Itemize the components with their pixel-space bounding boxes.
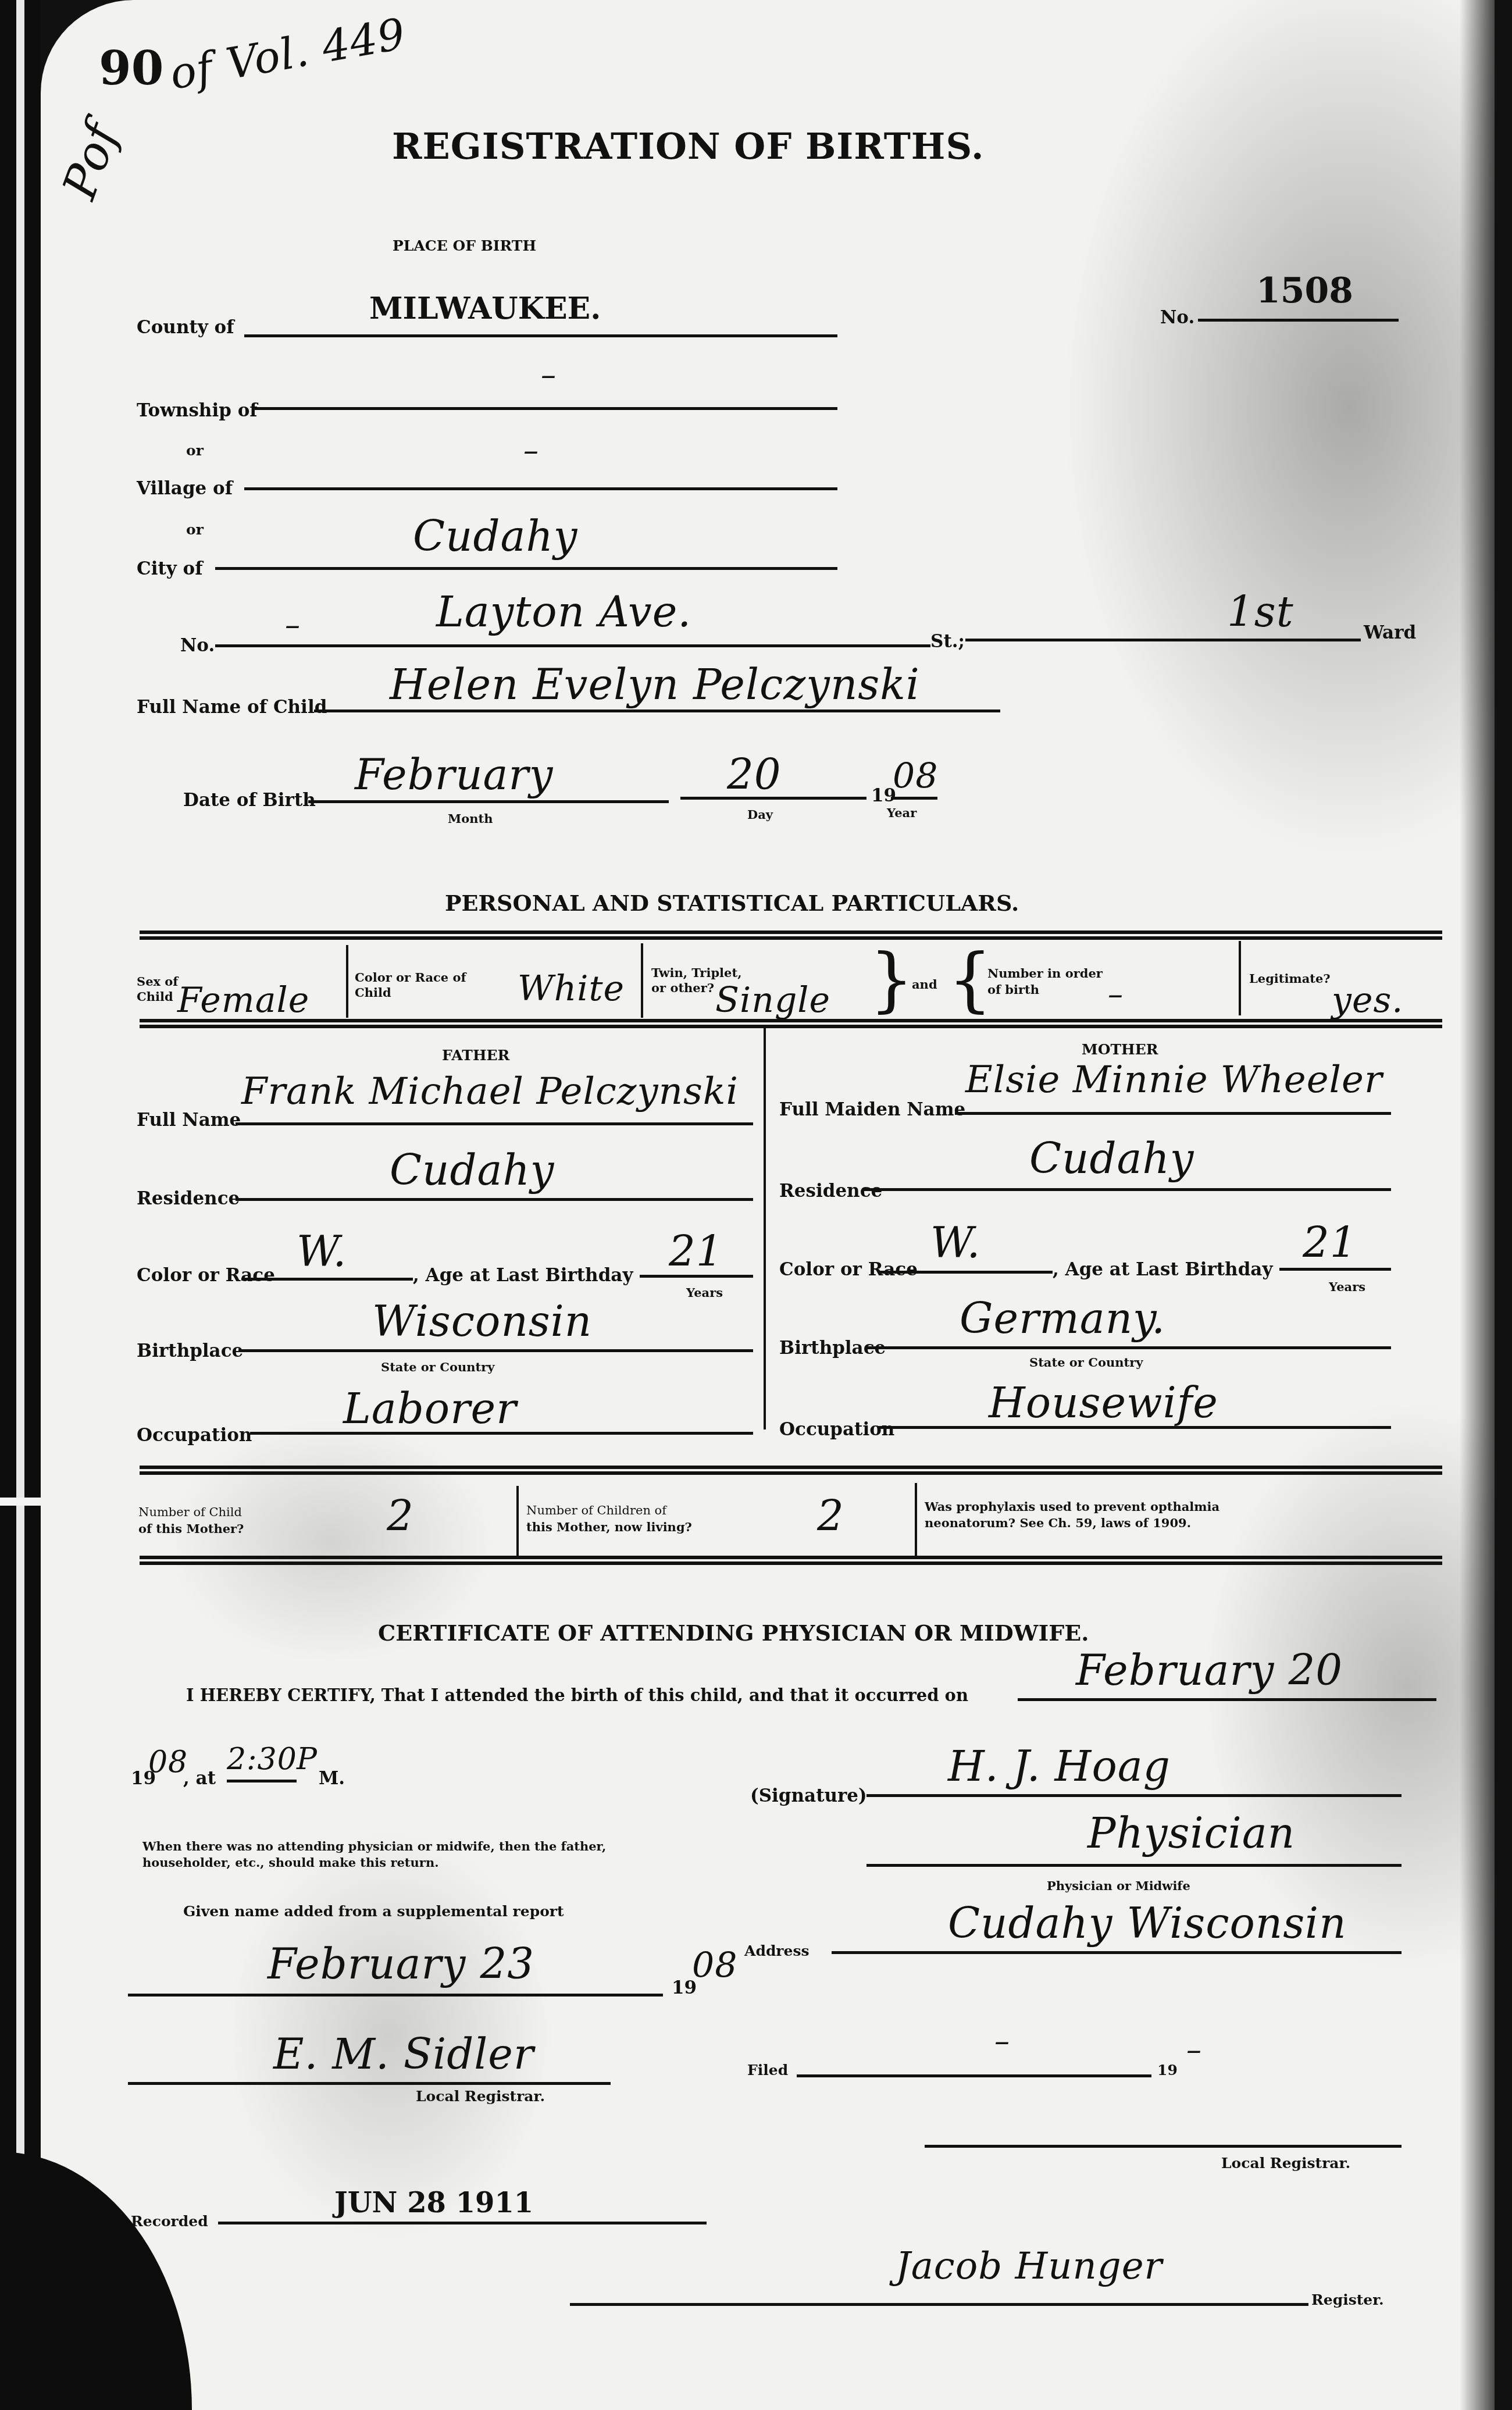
mother-name-value: Elsie Minnie Wheeler	[965, 1058, 1383, 1101]
mother-name-label: Full Maiden Name	[779, 1099, 965, 1120]
day-caption: Day	[747, 807, 773, 822]
township-label: Township of	[137, 400, 258, 421]
city-label: City of	[137, 558, 203, 579]
mother-race-label: Color or Race	[779, 1259, 918, 1280]
city-value: Cudahy	[413, 512, 578, 561]
filed-registrar-caption: Local Registrar.	[1221, 2155, 1350, 2172]
mother-age-label: , Age at Last Birthday	[1053, 1259, 1272, 1280]
dob-month: February	[355, 750, 554, 799]
cert-meridiem-value: P	[297, 1742, 318, 1777]
ward-label: Ward	[1364, 622, 1416, 643]
register-signature: Jacob Hunger	[896, 2245, 1162, 2288]
legitimate-value: yes.	[1332, 980, 1403, 1021]
father-residence-label: Residence	[137, 1188, 240, 1209]
child-number-label: Number of Child	[138, 1505, 242, 1519]
recorded-stamp: JUN 28 1911	[334, 2187, 533, 2219]
father-name-value: Frank Michael Pelczynski	[241, 1070, 739, 1113]
children-living-label-2: this Mother, now living?	[526, 1520, 692, 1534]
month-caption: Month	[448, 811, 493, 826]
prophylaxis-label-2: neonatorum? See Ch. 59, laws of 1909.	[925, 1516, 1191, 1530]
margin-note: Pof	[52, 116, 129, 206]
mother-years-caption: Years	[1329, 1279, 1365, 1294]
father-occupation-value: Laborer	[343, 1384, 517, 1433]
filed-year-suffix: –	[1186, 2033, 1202, 2067]
dob-year-suffix: 08	[893, 756, 938, 797]
father-birthplace-value: Wisconsin	[372, 1297, 592, 1346]
physician-signature: H. J. Hoag	[948, 1742, 1171, 1791]
ward-value: 1st	[1227, 587, 1294, 636]
race-value: White	[518, 968, 625, 1009]
certify-text: I HEREBY CERTIFY, That I attended the bi…	[186, 1685, 968, 1705]
father-race-label: Color or Race	[137, 1265, 275, 1286]
prophylaxis-label: Was prophylaxis used to prevent opthalmi…	[925, 1499, 1219, 1514]
page-ref: 90	[99, 41, 163, 95]
dob-day: 20	[727, 750, 782, 799]
order-label: Number in order of birth	[987, 965, 1104, 998]
father-birthplace-label: Birthplace	[137, 1341, 243, 1361]
certificate-heading: CERTIFICATE OF ATTENDING PHYSICIAN OR MI…	[378, 1620, 1089, 1646]
father-name-label: Full Name	[137, 1110, 241, 1131]
twin-value: Single	[715, 980, 830, 1021]
occurred-on-value: February 20	[1076, 1646, 1343, 1695]
street-number-label: No.	[180, 635, 215, 656]
father-residence-value: Cudahy	[390, 1146, 555, 1195]
mother-residence-value: Cudahy	[1029, 1134, 1194, 1183]
children-living-label: Number of Children of	[526, 1503, 666, 1517]
brace-left: {	[948, 945, 992, 1015]
no-physician-note: When there was no attending physician or…	[142, 1839, 606, 1853]
village-value: –	[523, 433, 539, 468]
township-value: –	[541, 358, 557, 393]
father-race-value: W.	[297, 1227, 347, 1276]
mother-state-caption: State or Country	[1029, 1355, 1143, 1370]
birth-registration-page: 90 of Vol. 449 Pof REGISTRATION OF BIRTH…	[41, 0, 1495, 2410]
year-caption: Year	[887, 805, 917, 820]
no-physician-note-2: householder, etc., should make this retu…	[142, 1855, 438, 1870]
father-heading: FATHER	[442, 1047, 509, 1064]
local-registrar-signature: E. M. Sidler	[273, 2030, 534, 2079]
mother-occupation-label: Occupation	[779, 1419, 894, 1440]
cert-year-suffix: 08	[148, 1745, 188, 1780]
physician-title-caption: Physician or Midwife	[1047, 1878, 1190, 1893]
county-value: MILWAUKEE.	[369, 291, 601, 326]
document-title: REGISTRATION OF BIRTHS.	[392, 125, 985, 167]
child-number-label-2: of this Mother?	[138, 1521, 244, 1536]
father-occupation-label: Occupation	[137, 1425, 252, 1446]
physician-title-value: Physician	[1087, 1809, 1295, 1858]
signature-label: (Signature)	[750, 1785, 867, 1806]
address-value: Cudahy Wisconsin	[948, 1899, 1347, 1948]
sex-value: Female	[177, 980, 309, 1021]
village-label: Village of	[137, 478, 233, 499]
dob-label: Date of Birth	[183, 790, 316, 811]
registration-number: 1508	[1256, 270, 1353, 311]
or-label: or	[186, 442, 204, 459]
vol-ref: of Vol. 449	[166, 9, 409, 99]
local-registrar-caption: Local Registrar.	[416, 2088, 545, 2105]
filed-value: –	[994, 2024, 1010, 2059]
mother-occupation-value: Housewife	[989, 1378, 1218, 1427]
recorded-label: Recorded	[131, 2213, 208, 2230]
race-label: Color or Race of Child	[355, 970, 471, 1000]
scan-edge	[0, 0, 41, 2410]
father-age-label: , Age at Last Birthday	[413, 1265, 633, 1286]
mother-birthplace-value: Germany.	[960, 1294, 1165, 1343]
particulars-heading: PERSONAL AND STATISTICAL PARTICULARS.	[445, 890, 1019, 916]
child-name-label: Full Name of Child	[137, 697, 327, 718]
cert-at-label: , at	[183, 1768, 216, 1789]
legitimate-label: Legitimate?	[1249, 971, 1331, 986]
cert-meridiem-suffix: M.	[319, 1768, 345, 1789]
order-value: –	[1108, 977, 1124, 1012]
mother-heading: MOTHER	[1082, 1041, 1158, 1058]
mother-race-value: W.	[930, 1218, 980, 1267]
supplemental-heading: Given name added from a supplemental rep…	[183, 1903, 564, 1920]
address-label: Address	[744, 1942, 810, 1959]
supplemental-date: February 23	[268, 1940, 534, 1988]
father-state-caption: State or Country	[381, 1360, 494, 1374]
filed-label: Filed	[747, 2062, 788, 2079]
children-living-value: 2	[817, 1492, 844, 1541]
county-label: County of	[137, 317, 234, 338]
and-label: and	[912, 977, 937, 992]
place-of-birth-heading: PLACE OF BIRTH	[393, 237, 536, 254]
child-name-value: Helen Evelyn Pelczynski	[390, 660, 920, 709]
number-label: No.	[1160, 307, 1194, 328]
filed-year-prefix: 19	[1157, 2062, 1178, 2079]
father-age-value: 21	[669, 1227, 723, 1276]
father-years-caption: Years	[686, 1285, 723, 1300]
street-value: Layton Ave.	[436, 587, 691, 636]
mother-residence-label: Residence	[779, 1181, 882, 1202]
child-number-value: 2	[387, 1492, 414, 1541]
register-caption: Register.	[1311, 2291, 1384, 2308]
mother-age-value: 21	[1303, 1218, 1357, 1267]
cert-time-value: 2:30	[227, 1742, 297, 1777]
street-label: St.;	[930, 631, 965, 652]
street-number-value: –	[285, 608, 301, 643]
brace-right: }	[869, 945, 914, 1015]
supplemental-year-suffix: 08	[692, 1945, 737, 1986]
or-label: or	[186, 521, 204, 538]
